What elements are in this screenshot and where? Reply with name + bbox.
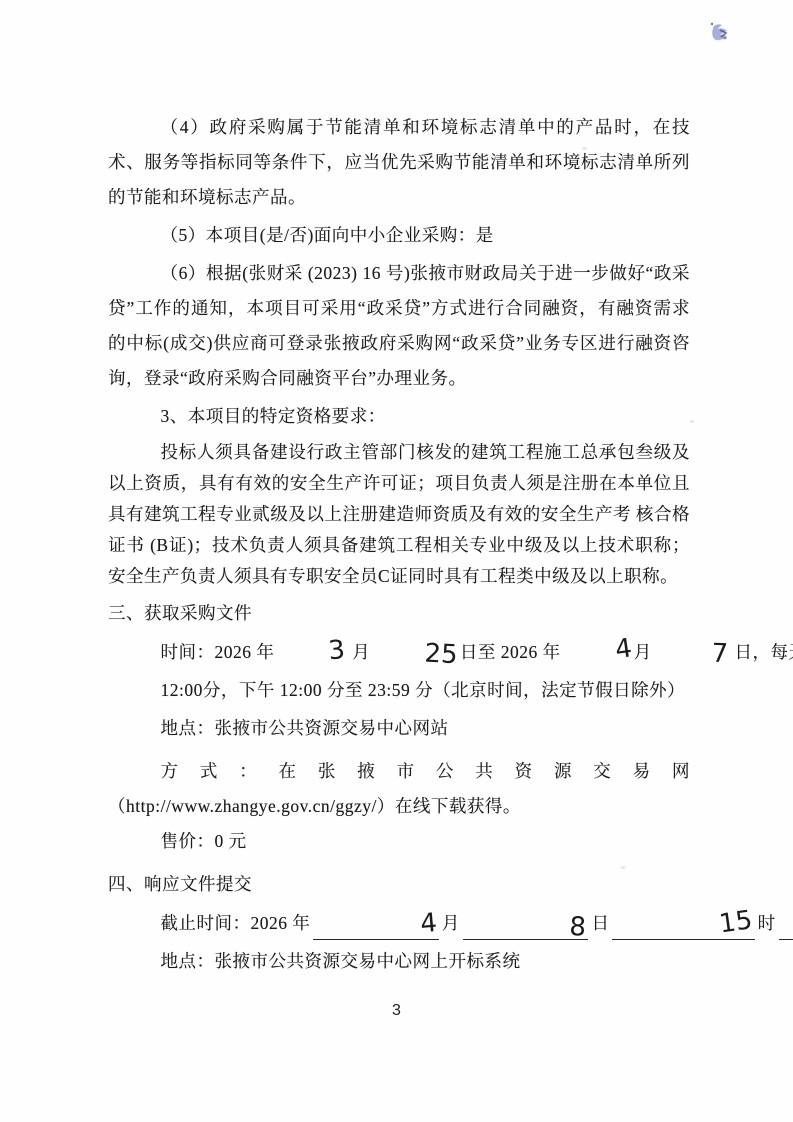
deadline-line: 截止时间：2026 年4月8日15时00分（北京时间）	[108, 906, 690, 941]
time-text-1: 时间：2026 年	[161, 642, 275, 662]
handwritten-day-start: 25	[370, 638, 461, 669]
handwritten-deadline-hour: 15	[664, 907, 756, 945]
time-line: 时间：2026 年3 月25日至 2026 年4月 7 日，每天上午 00:00…	[108, 635, 690, 670]
deadline-day-slot: 8	[463, 908, 589, 940]
document-body: （4）政府采购属于节能清单和环境标志清单中的产品时，在技术、服务等指标同等条件下…	[108, 110, 690, 982]
time-text-2: 月	[347, 642, 370, 662]
paragraph-item-4: （4）政府采购属于节能清单和环境标志清单中的产品时，在技术、服务等指标同等条件下…	[108, 110, 690, 215]
page-number: 3	[0, 1002, 793, 1020]
blue-ink-smudge-icon	[700, 14, 744, 54]
handwritten-deadline-month: 4	[365, 910, 440, 942]
section-heading-3: 三、获取采购文件	[108, 596, 690, 631]
scanned-document-page: （4）政府采购属于节能清单和环境标志清单中的产品时，在技术、服务等指标同等条件下…	[0, 0, 793, 1122]
time-text-3: 日至 2026 年	[460, 642, 561, 662]
section-heading-4: 四、响应文件提交	[108, 867, 690, 902]
deadline-month-slot: 4	[313, 908, 439, 940]
location-line-2: 地点：张掖市公共资源交易中心网上开标系统	[108, 944, 690, 979]
handwritten-month-start: 3	[273, 637, 348, 669]
deadline-minute-slot: 00	[779, 908, 793, 940]
handwritten-day-end: 7	[656, 639, 730, 668]
heading-item-3: 3、本项目的特定资格要求：	[108, 399, 690, 434]
location-line: 地点：张掖市公共资源交易中心网站	[108, 711, 690, 746]
scan-speck	[690, 420, 694, 423]
deadline-text-3: 日	[591, 913, 609, 933]
deadline-text-4: 时	[758, 913, 776, 933]
time-line-2: 12:00分，下午 12:00 分至 23:59 分（北京时间，法定节假日除外）	[108, 673, 690, 708]
method-line: 方式：在张掖市公共资源交易网（http://www.zhangye.gov.cn…	[108, 754, 690, 824]
handwritten-month-end: 4	[559, 635, 635, 671]
deadline-hour-slot: 15	[612, 908, 754, 940]
time-text-5: 日，每天上午 00:00 分至	[730, 642, 793, 662]
paragraph-item-5: （5）本项目(是/否)面向中小企业采购：是	[108, 218, 690, 253]
deadline-text-1: 截止时间：2026 年	[161, 913, 311, 933]
time-text-4: 月	[634, 642, 657, 662]
price-line: 售价：0 元	[108, 824, 690, 859]
deadline-text-2: 月	[442, 913, 460, 933]
paragraph-item-6: （6）根据(张财采 (2023) 16 号)张掖市财政局关于进一步做好“政采贷”…	[108, 256, 690, 396]
handwritten-deadline-day: 8	[515, 911, 589, 941]
paragraph-qualification: 投标人须具备建设行政主管部门核发的建筑工程施工总承包叁级及以上资质，具有有效的安…	[108, 437, 690, 592]
